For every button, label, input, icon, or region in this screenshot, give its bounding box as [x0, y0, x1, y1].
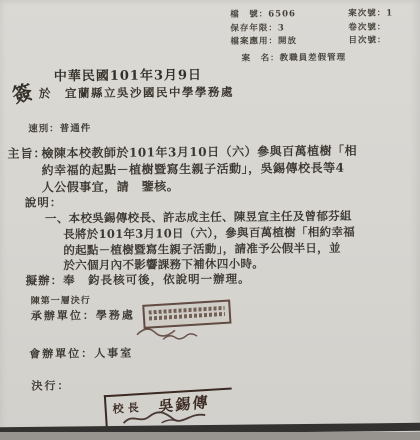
photo-bottom-margin: [0, 432, 420, 440]
volume-sequence-line: 卷次號：: [348, 21, 393, 35]
case-name-line: 案 名：教職員差假管理: [242, 51, 347, 64]
item-sequence-line: 目次號：: [348, 34, 393, 48]
decision-label: 決行：: [31, 377, 70, 393]
retention-years-line: 保存年限：3: [230, 22, 297, 36]
handling-unit-line: 承辦單位：學務處: [31, 307, 135, 324]
document-page: 檔 號：6506 保存年限：3 檔案應用：開放 案次號：1 卷次號： 目次號： …: [0, 0, 420, 432]
explanation-text: 本校吳錫傳校長、許志成主任、陳昱宣主任及曾郁芬組: [69, 209, 352, 225]
principal-signature-stamp: 校長 吳錫傳: [104, 387, 234, 427]
explanation-label: 說明：: [25, 194, 63, 210]
document-type-character: 簽: [9, 76, 36, 109]
file-number-line: 檔 號：6506: [230, 8, 297, 22]
case-sequence-line: 案次號：1: [348, 7, 393, 21]
file-usage-line: 檔案應用：開放: [230, 35, 297, 49]
list-item-number: 一、: [45, 211, 69, 225]
handwritten-mark: [133, 322, 213, 345]
co-handling-unit-line: 會辦單位：人事室: [29, 345, 133, 362]
document-date: 中華民國101年3月9日: [54, 64, 202, 84]
document-place: 於 宜蘭縣立吳沙國民中學學務處: [39, 84, 234, 102]
subject-line: 人公假事宜，請 鑒核。: [42, 177, 180, 195]
proposal-line: 擬辦：奉 鈞長核可後，依說明一辦理。: [25, 271, 250, 289]
scanned-document-photo: 檔 號：6506 保存年限：3 檔案應用：開放 案次號：1 卷次號： 目次號： …: [0, 0, 420, 440]
file-number-block: 檔 號：6506 保存年限：3 檔案應用：開放: [230, 8, 297, 49]
speed-class-line: 速別：普通件: [28, 120, 91, 135]
approval-level-line: 陳第一層決行: [31, 293, 91, 307]
subject-line: 約幸福的起點－植樹暨寫生親子活動」，吳錫傳校長等4: [42, 159, 345, 179]
case-index-block: 案次號：1 卷次號： 目次號：: [348, 7, 393, 48]
